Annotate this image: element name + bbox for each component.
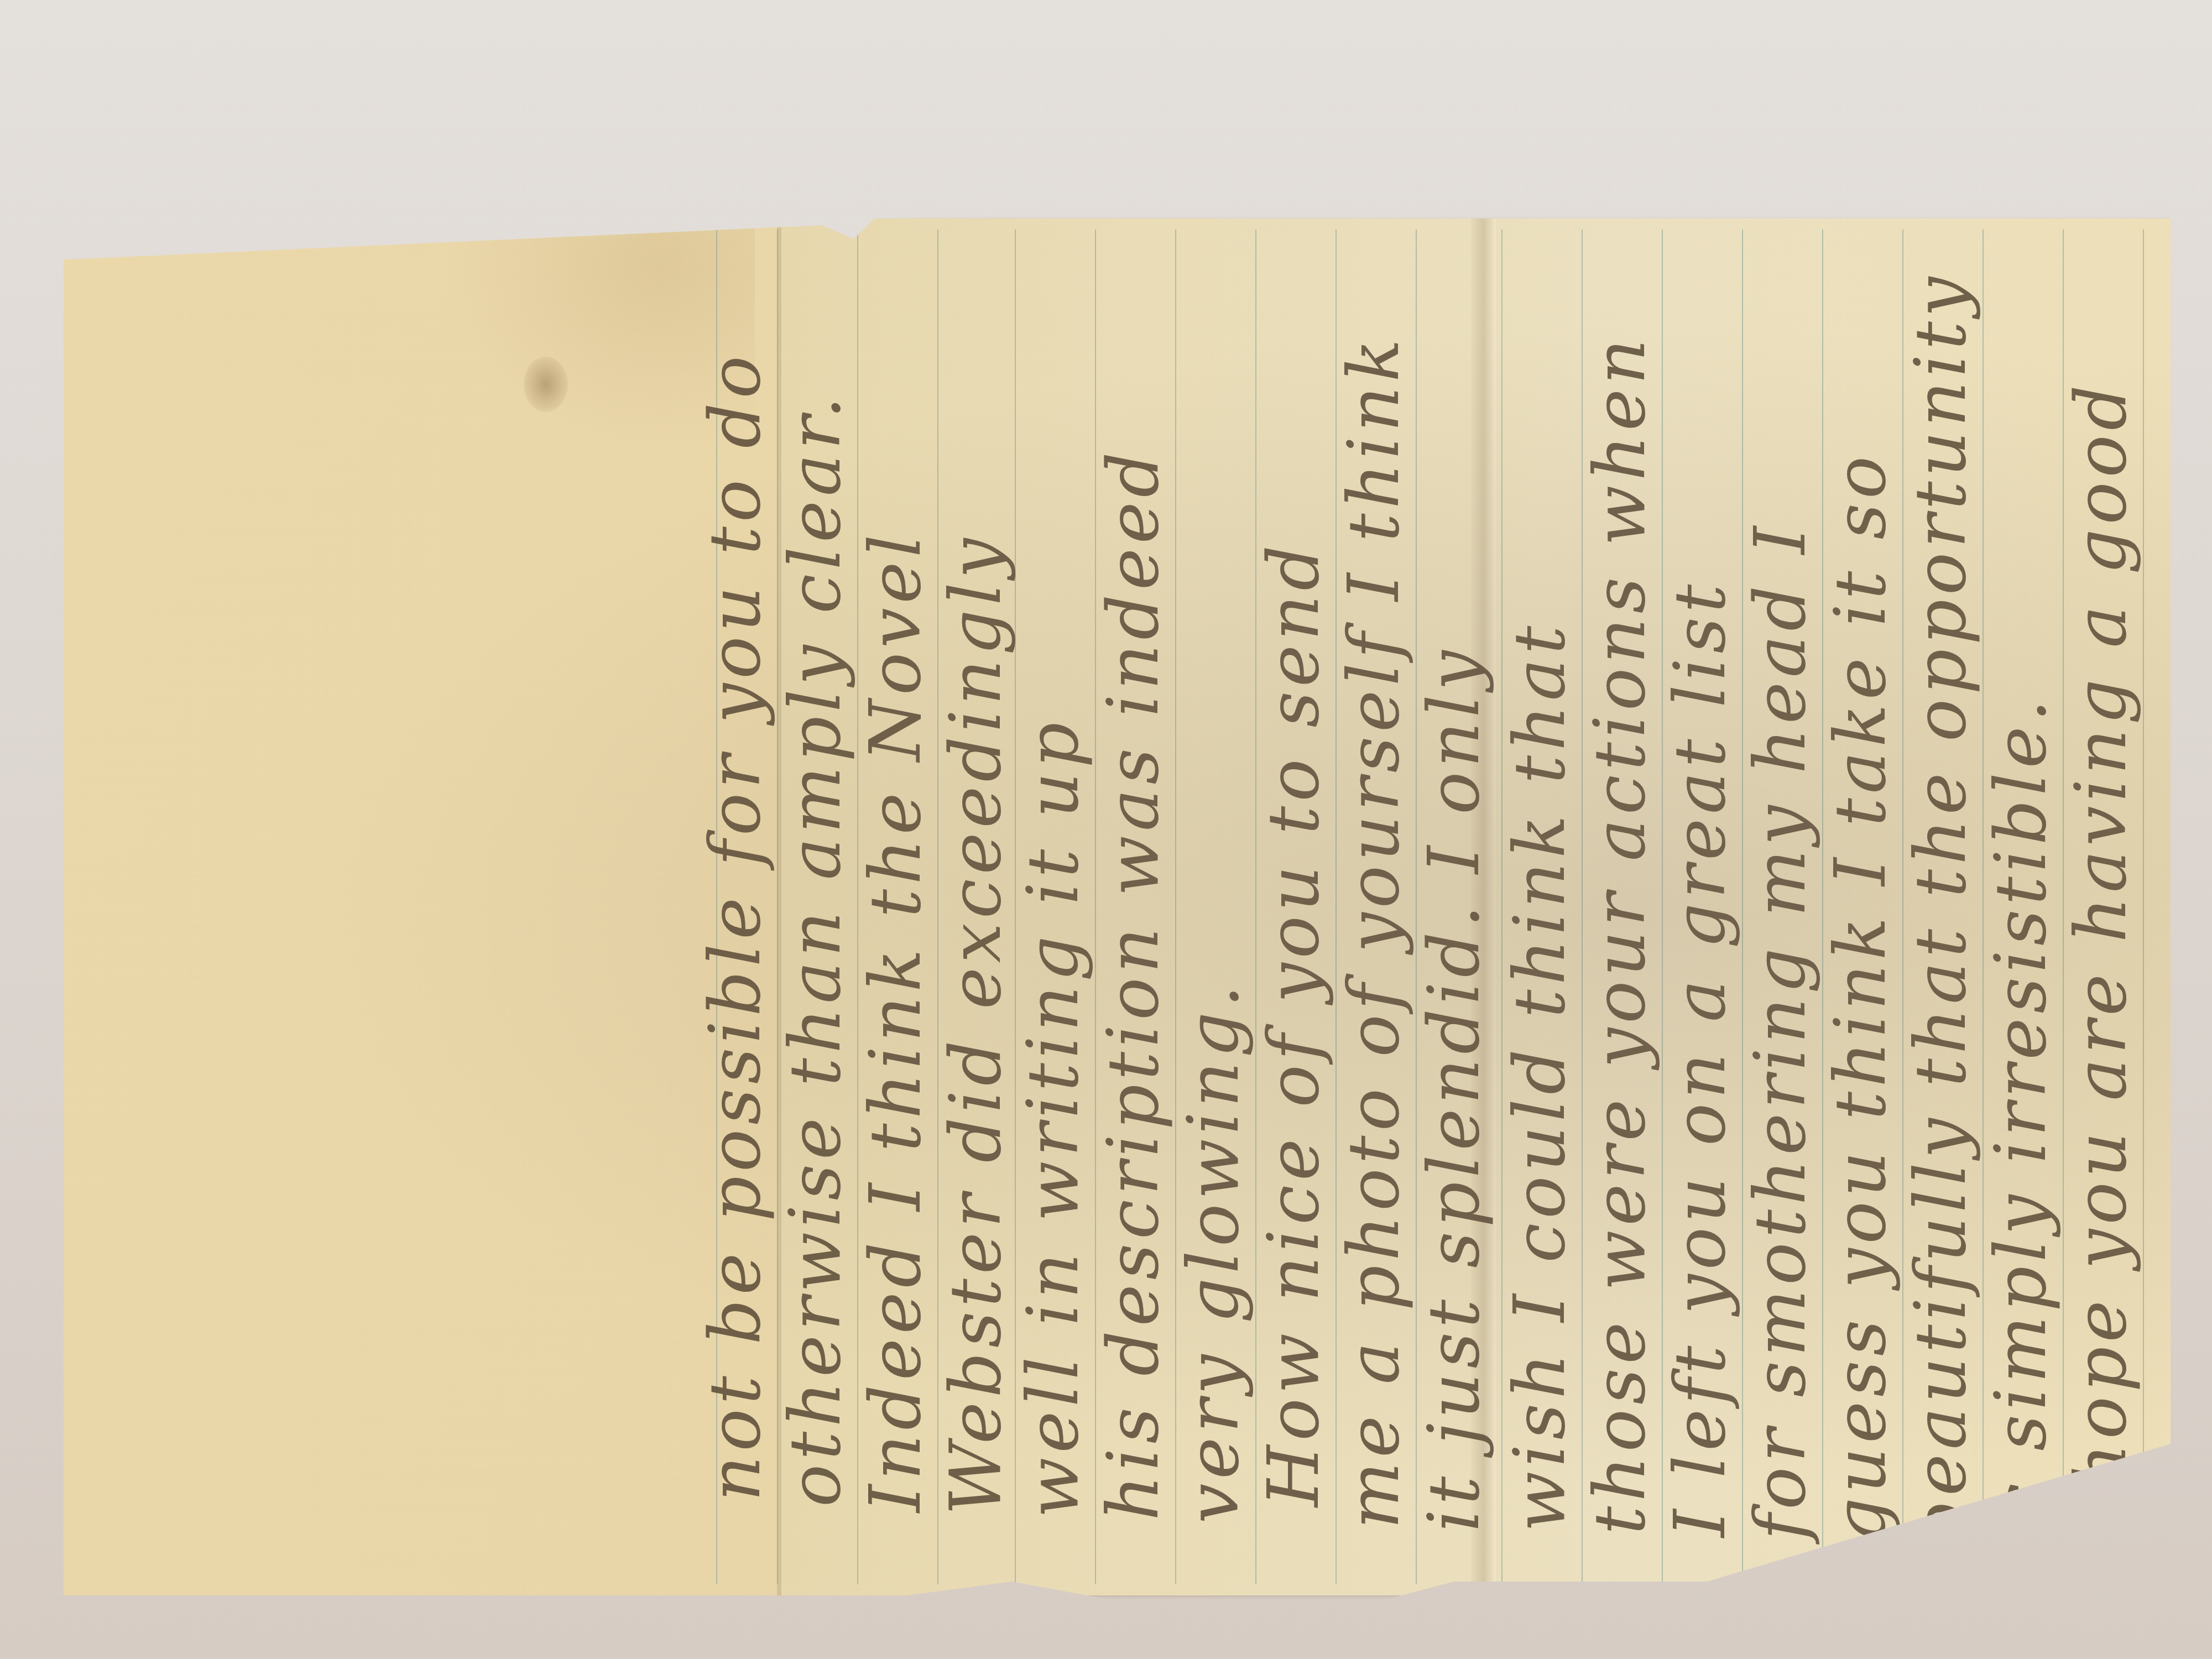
text-line: it just splendid. I only bbox=[1413, 646, 1495, 1532]
letter-sheet: not be possible for you to do otherwise … bbox=[64, 218, 2171, 1595]
text-line: me a photo of yourself I think bbox=[1333, 335, 1415, 1529]
text-line: How nice of you to send bbox=[1253, 541, 1335, 1507]
text-line: beautifully that the opportunity bbox=[1900, 273, 1982, 1546]
text-line: those were your actions when bbox=[1579, 335, 1661, 1535]
text-line: for smothering my head I bbox=[1739, 522, 1822, 1540]
text-line: I hope you are having a good bbox=[2060, 380, 2142, 1548]
text-line: guess you think I take it so bbox=[1819, 452, 1902, 1543]
handwritten-text: not be possible for you to do otherwise … bbox=[64, 218, 2171, 1595]
text-line: his description was indeed bbox=[1092, 448, 1175, 1521]
text-line: I left you on a great list bbox=[1659, 580, 1741, 1537]
text-line: otherwise than amply clear. bbox=[774, 392, 857, 1507]
text-line: wish I could think that bbox=[1499, 622, 1581, 1532]
text-line: Indeed I think the Novel bbox=[854, 530, 937, 1512]
text-line: is simply irresistible. bbox=[1980, 695, 2062, 1546]
text-line: not be possible for you to do bbox=[694, 351, 776, 1501]
text-line: very glowing. bbox=[1172, 980, 1255, 1524]
text-line: well in writing it up bbox=[1012, 718, 1094, 1519]
text-line: Webster did exceedingly bbox=[935, 534, 1017, 1515]
